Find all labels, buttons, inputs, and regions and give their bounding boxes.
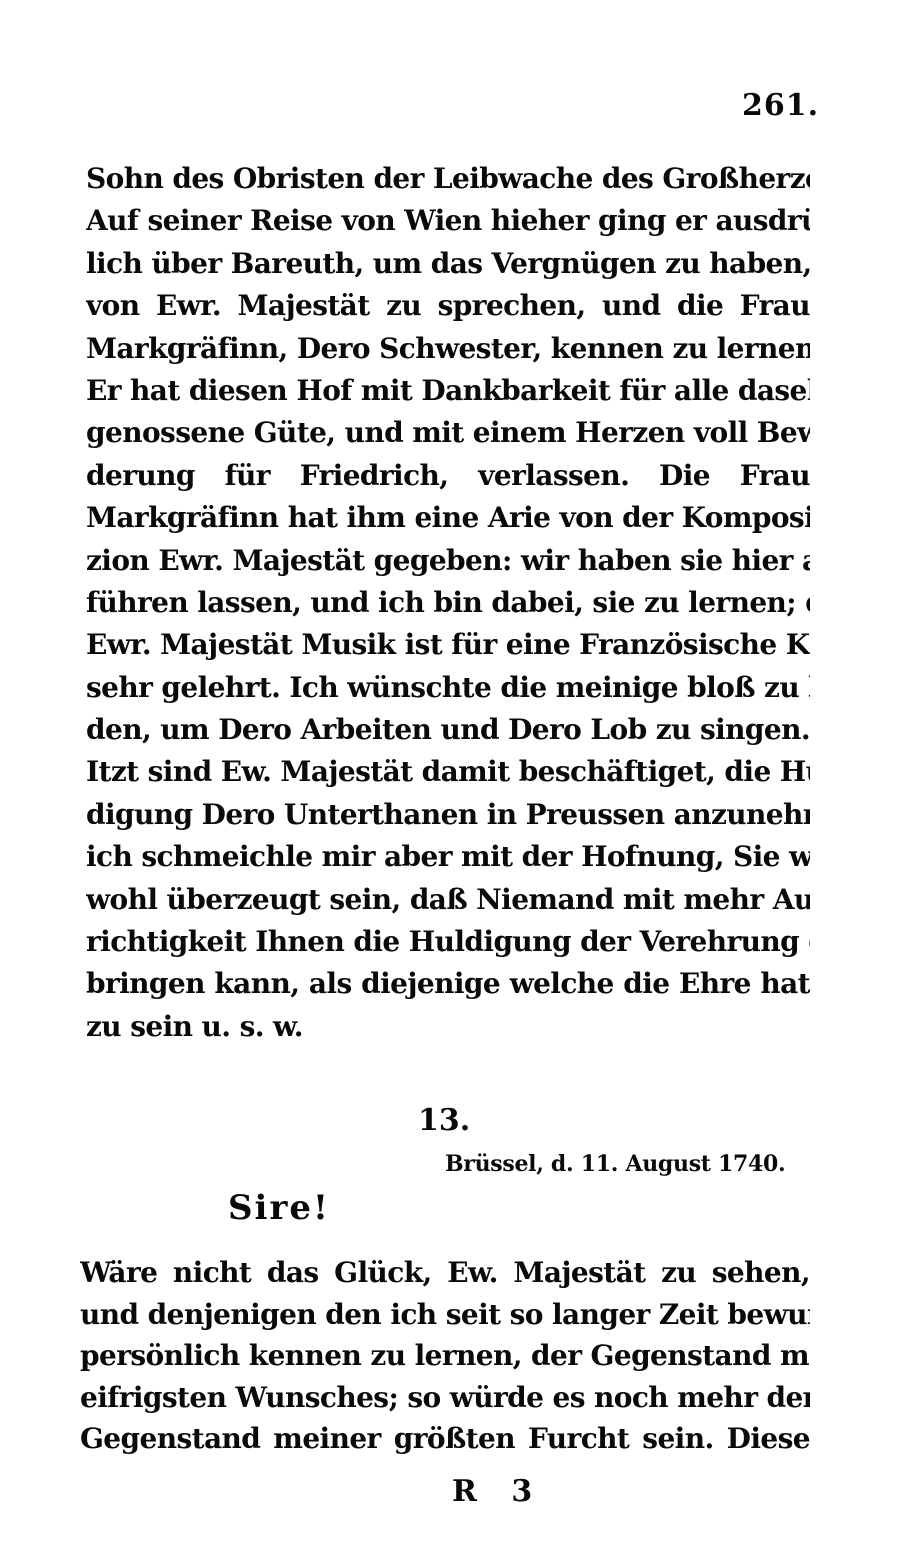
letter-dateline: Brüssel, d. 11. August 1740. bbox=[445, 1151, 785, 1177]
text-line: Gegenstand meiner größten Furcht sein. D… bbox=[80, 1418, 810, 1460]
text-line: von Ewr. Majestät zu sprechen, und die F… bbox=[86, 285, 810, 327]
letter-number: 13. bbox=[418, 1103, 470, 1138]
text-line: digung Dero Unterthanen in Preussen anzu… bbox=[86, 794, 810, 836]
printer-signature-mark: R 3 bbox=[452, 1474, 544, 1509]
text-line: persönlich kennen zu lernen, der Gegenst… bbox=[80, 1335, 810, 1377]
text-line: zion Ewr. Majestät gegeben: wir haben si… bbox=[86, 540, 810, 582]
text-line: Ewr. Majestät Musik ist für eine Französ… bbox=[86, 624, 810, 666]
text-line: führen lassen, und ich bin dabei, sie zu… bbox=[86, 582, 810, 624]
text-line: ich schmeichle mir aber mit der Hofnung,… bbox=[86, 836, 810, 878]
text-line: genossene Güte, und mit einem Herzen vol… bbox=[86, 412, 810, 454]
page-number: 261. bbox=[742, 88, 819, 123]
text-line: richtigkeit Ihnen die Huldigung der Vere… bbox=[86, 921, 810, 963]
text-line: Er hat diesen Hof mit Dankbarkeit für al… bbox=[86, 370, 810, 412]
text-line: zu sein u. s. w. bbox=[86, 1006, 810, 1048]
text-line: Markgräfinn hat ihm eine Arie von der Ko… bbox=[86, 497, 810, 539]
text-line: bringen kann, als diejenige welche die E… bbox=[86, 963, 810, 1005]
text-line: wohl überzeugt sein, daß Niemand mit meh… bbox=[86, 879, 810, 921]
text-line: den, um Dero Arbeiten und Dero Lob zu si… bbox=[86, 709, 810, 751]
text-line: und denjenigen den ich seit so langer Ze… bbox=[80, 1294, 810, 1336]
text-line: Sohn des Obristen der Leibwache des Groß… bbox=[86, 158, 810, 200]
letter-paragraph: Wäre nicht das Glück, Ew. Majestät zu se… bbox=[80, 1252, 810, 1460]
text-line: derung für Friedrich, verlassen. Die Fra… bbox=[86, 455, 810, 497]
text-line: Wäre nicht das Glück, Ew. Majestät zu se… bbox=[80, 1252, 810, 1294]
letter-salutation: Sire! bbox=[228, 1188, 330, 1228]
text-line: Markgräfinn, Dero Schwester, kennen zu l… bbox=[86, 328, 810, 370]
text-line: lich über Bareuth, um das Vergnügen zu h… bbox=[86, 243, 810, 285]
text-line: eifrigsten Wunsches; so würde es noch me… bbox=[80, 1377, 810, 1419]
text-line: sehr gelehrt. Ich wünschte die meinige b… bbox=[86, 667, 810, 709]
continuation-paragraph: Sohn des Obristen der Leibwache des Groß… bbox=[86, 158, 810, 1048]
text-line: Auf seiner Reise von Wien hieher ging er… bbox=[86, 200, 810, 242]
text-line: Itzt sind Ew. Majestät damit beschäftige… bbox=[86, 751, 810, 793]
